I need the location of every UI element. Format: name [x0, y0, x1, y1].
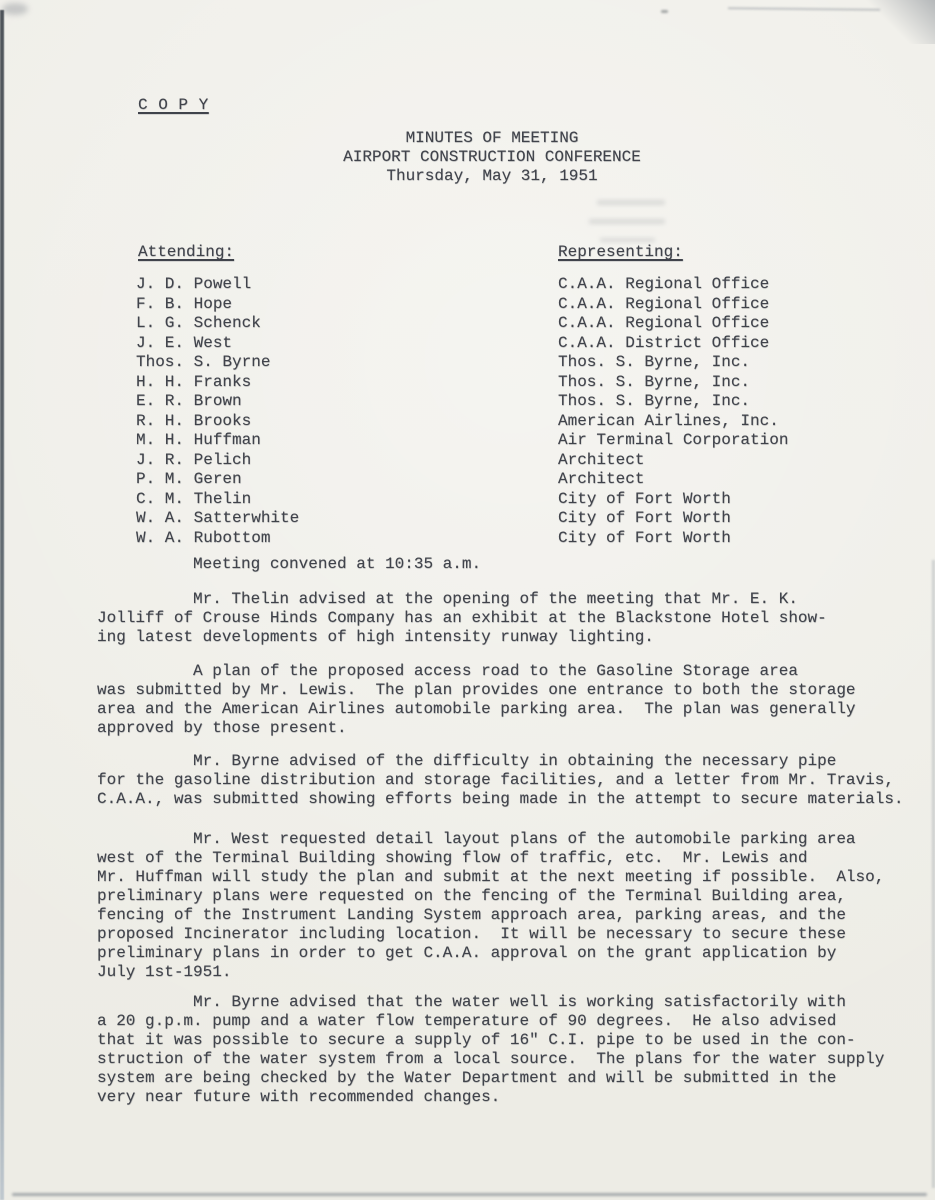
document-title-block: MINUTES OF MEETING AIRPORT CONSTRUCTION …: [49, 129, 935, 186]
attendee-name: L. G. Schenck: [136, 314, 261, 334]
scan-corner-top-right: [863, 0, 935, 44]
scan-edge-bottom: [12, 1193, 927, 1196]
attendee-row: Thos. S. ByrneThos. S. Byrne, Inc.: [0, 353, 935, 373]
attendee-row: W. A. SatterwhiteCity of Fort Worth: [0, 509, 935, 529]
attendee-row: C. M. ThelinCity of Fort Worth: [0, 490, 935, 510]
convened-line: Meeting convened at 10:35 a.m.: [97, 555, 481, 574]
attendee-representing: American Airlines, Inc.: [558, 412, 779, 432]
attendee-name: W. A. Satterwhite: [136, 509, 299, 529]
title-line-minutes: MINUTES OF MEETING: [49, 129, 935, 148]
attendee-row: E. R. BrownThos. S. Byrne, Inc.: [0, 392, 935, 412]
attendee-row: W. A. RubottomCity of Fort Worth: [0, 529, 935, 549]
representing-column-header: Representing:: [558, 243, 683, 262]
attendee-row: L. G. SchenckC.A.A. Regional Office: [0, 314, 935, 334]
scan-hairline-top: [728, 7, 880, 11]
attendee-row: M. H. HuffmanAir Terminal Corporation: [0, 431, 935, 451]
attendee-representing: C.A.A. Regional Office: [558, 314, 769, 334]
title-line-date: Thursday, May 31, 1951: [49, 167, 935, 186]
attendee-row: J. D. PowellC.A.A. Regional Office: [0, 275, 935, 295]
attendee-name: H. H. Franks: [136, 373, 251, 393]
attendee-row: R. H. BrooksAmerican Airlines, Inc.: [0, 412, 935, 432]
attendee-representing: Architect: [558, 470, 644, 490]
minutes-paragraph: Mr. West requested detail layout plans o…: [97, 830, 884, 982]
ink-bleed-ghost-text: [600, 238, 655, 242]
minutes-paragraph: Mr. Byrne advised that the water well is…: [97, 993, 884, 1107]
ink-bleed-ghost-text: [597, 200, 665, 205]
scan-edge-left: [0, 10, 4, 1200]
attendee-row: J. E. WestC.A.A. District Office: [0, 334, 935, 354]
attendee-representing: Thos. S. Byrne, Inc.: [558, 353, 750, 373]
attendee-representing: C.A.A. District Office: [558, 334, 769, 354]
attendee-name: E. R. Brown: [136, 392, 242, 412]
ink-bleed-ghost-text: [589, 219, 665, 224]
attendee-representing: C.A.A. Regional Office: [558, 275, 769, 295]
attendee-name: J. E. West: [136, 334, 232, 354]
title-line-conference: AIRPORT CONSTRUCTION CONFERENCE: [49, 148, 935, 167]
attendee-representing: Architect: [558, 451, 644, 471]
scan-smudge-top-left: [2, 3, 28, 15]
attendee-row: P. M. GerenArchitect: [0, 470, 935, 490]
attendee-name: R. H. Brooks: [136, 412, 251, 432]
attendee-representing: Thos. S. Byrne, Inc.: [558, 392, 750, 412]
attendee-list: J. D. PowellC.A.A. Regional OfficeF. B. …: [0, 275, 935, 548]
attendee-representing: Thos. S. Byrne, Inc.: [558, 373, 750, 393]
scan-speck: [661, 10, 668, 13]
attending-column-header: Attending:: [138, 243, 234, 262]
attendee-name: J. D. Powell: [136, 275, 251, 295]
attendee-name: C. M. Thelin: [136, 490, 251, 510]
scanned-document-page: C O P Y MINUTES OF MEETING AIRPORT CONST…: [0, 0, 935, 1200]
attendee-row: F. B. HopeC.A.A. Regional Office: [0, 295, 935, 315]
attendee-name: M. H. Huffman: [136, 431, 261, 451]
attendee-representing: City of Fort Worth: [558, 490, 731, 510]
attendee-row: J. R. PelichArchitect: [0, 451, 935, 471]
attendee-representing: City of Fort Worth: [558, 529, 731, 549]
attendee-representing: C.A.A. Regional Office: [558, 295, 769, 315]
copy-stamp: C O P Y: [138, 96, 209, 115]
attendee-name: P. M. Geren: [136, 470, 242, 490]
attendee-name: J. R. Pelich: [136, 451, 251, 471]
minutes-paragraph: Mr. Byrne advised of the difficulty in o…: [97, 752, 904, 809]
minutes-paragraph: Mr. Thelin advised at the opening of the…: [97, 590, 827, 647]
attendee-representing: Air Terminal Corporation: [558, 431, 788, 451]
attendee-representing: City of Fort Worth: [558, 509, 731, 529]
attendee-name: W. A. Rubottom: [136, 529, 270, 549]
attendee-name: Thos. S. Byrne: [136, 353, 270, 373]
minutes-paragraph: A plan of the proposed access road to th…: [97, 662, 856, 738]
attendee-row: H. H. FranksThos. S. Byrne, Inc.: [0, 373, 935, 393]
attendee-name: F. B. Hope: [136, 295, 232, 315]
